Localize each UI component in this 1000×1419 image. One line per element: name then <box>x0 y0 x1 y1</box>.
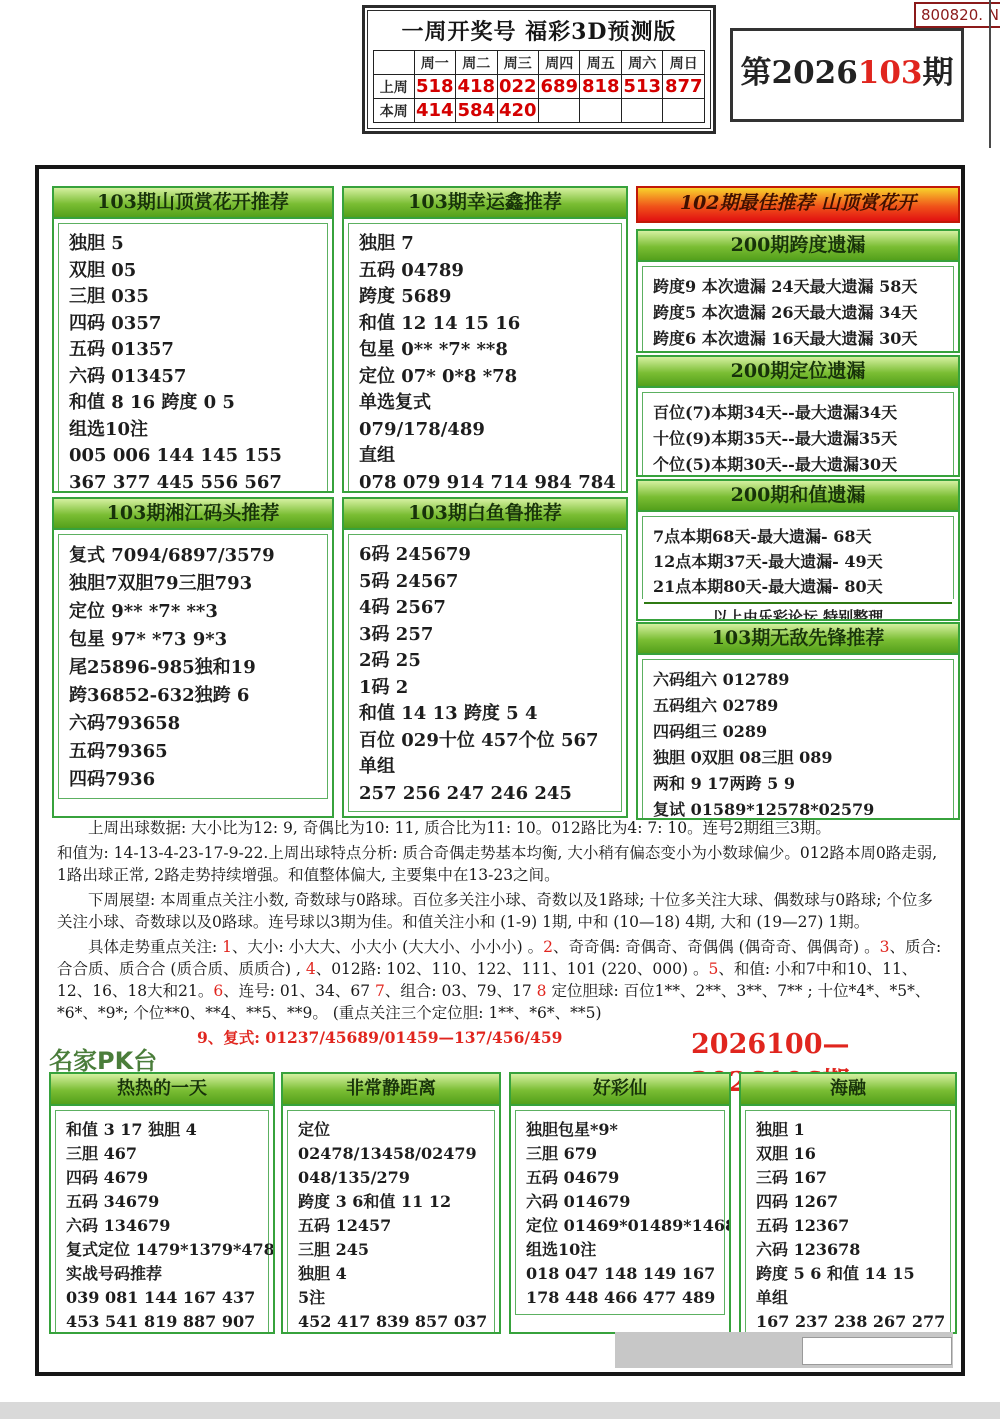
analysis-block: 上周出球数据: 大小比为12: 9, 奇偶比为10: 11, 质合比为11: 1… <box>57 817 945 1052</box>
day-header-row: 周一周二周三周四周五周六周日 <box>374 51 705 75</box>
draw-number-cell: 418 <box>456 75 497 99</box>
omit-box-hezhi-title: 200期和值遗漏 <box>638 481 958 512</box>
day-header-cell: 周一 <box>414 51 455 75</box>
rec-line: 六码 013457 <box>69 364 317 391</box>
this-week-label: 本周 <box>374 99 415 123</box>
analysis-segment: 、012路: 102、110、122、111、101 (220、000) 。 <box>316 960 709 978</box>
rec-line: 尾25896-985独和19 <box>69 654 317 682</box>
omit-line: 7点本期68天-最大遗漏- 68天 <box>653 524 943 549</box>
rec-box-baiyulu-title: 103期白鱼鲁推荐 <box>344 499 626 530</box>
rec-line: 跨36852-632独跨 6 <box>69 682 317 710</box>
rec-line: 定位 9** *7* **3 <box>69 598 317 626</box>
omit-box-dingwei: 200期定位遗漏 百位(7)本期34天--最大遗漏34天十位(9)本期35天--… <box>636 355 960 477</box>
day-header-cell: 周二 <box>456 51 497 75</box>
draw-number-cell: 513 <box>621 75 662 99</box>
pk-line: 048/135/279 <box>298 1166 484 1190</box>
pk-line: 三胆 467 <box>66 1142 258 1166</box>
rec-line: 六码组六 012789 <box>653 667 943 693</box>
rec-line: 6码 245679 <box>359 542 611 569</box>
day-header-cell: 周四 <box>539 51 580 75</box>
pk-box-4: 海融 独胆 1双胆 16三码 167四码 1267五码 12367六码 1236… <box>739 1072 957 1334</box>
rec-line: 两和 9 17两跨 5 9 <box>653 771 943 797</box>
rec-line: 双胆 05 <box>69 258 317 285</box>
rec-line: 跨度 5689 <box>359 284 611 311</box>
pk-line: 和值 3 17 独胆 4 <box>66 1118 258 1142</box>
omit-box-dingwei-title: 200期定位遗漏 <box>638 357 958 388</box>
pk-line: 178 448 466 477 489 <box>526 1286 714 1310</box>
omit-box-hezhi-body: 7点本期68天-最大遗漏- 68天12点本期37天-最大遗漏- 49天21点本期… <box>642 516 954 599</box>
analysis-segment: 、组合: 03、79、17 <box>385 982 537 1000</box>
rec-box-shanding-body: 独胆 5双胆 05三胆 035四码 0357五码 01357六码 013457和… <box>58 223 328 493</box>
day-header-cell: 周日 <box>663 51 705 75</box>
weekly-draw-table: 周一周二周三周四周五周六周日 上周 518418022689818513877 … <box>373 50 705 123</box>
draw-number-cell: 420 <box>497 99 538 123</box>
rec-line: 包星 0** *7* **8 <box>359 337 611 364</box>
draw-number-cell <box>663 99 705 123</box>
rec-line: 三胆 035 <box>69 284 317 311</box>
pk-line: 五码 12457 <box>298 1214 484 1238</box>
pk-line: 复式定位 1479*1379*4789 <box>66 1238 258 1262</box>
pk-line: 02478/13458/02479 <box>298 1142 484 1166</box>
pk-line: 五码 12367 <box>756 1214 940 1238</box>
omit-box-kuadu-body: 跨度9 本次遗漏 24天最大遗漏 58天跨度5 本次遗漏 26天最大遗漏 34天… <box>642 266 954 353</box>
analysis-segment: 、大小: 小大大、小大小 (大大小、小小小) 。 <box>232 938 543 956</box>
omit-line: 十位(9)本期35天--最大遗漏35天 <box>653 426 943 452</box>
pk-line: 五码 04679 <box>526 1166 714 1190</box>
rec-box-shanding: 103期山顶赏花开推荐 独胆 5双胆 05三胆 035四码 0357五码 013… <box>52 186 334 493</box>
rec-line: 独胆7双胆79三胆793 <box>69 570 317 598</box>
pk-line: 三码 167 <box>756 1166 940 1190</box>
rec-line: 和值 12 14 15 16 <box>359 311 611 338</box>
omit-line: 跨度5 本次遗漏 26天最大遗漏 34天 <box>653 300 943 326</box>
rec-line: 直组 <box>359 443 611 470</box>
omit-line: 个位(5)本期30天--最大遗漏30天 <box>653 452 943 477</box>
analysis-segment: 4 <box>306 960 316 978</box>
draw-number-cell: 877 <box>663 75 705 99</box>
rec-box-xiangjiang-title: 103期湘江码头推荐 <box>54 499 332 530</box>
pk-line: 实战号码推荐 <box>66 1262 258 1286</box>
rec-box-xingyunxin-title: 103期幸运鑫推荐 <box>344 188 626 219</box>
pk-line: 六码 134679 <box>66 1214 258 1238</box>
analysis-segment: 、奇奇偶: 奇偶奇、奇偶偶 (偶奇奇、偶偶奇) 。 <box>553 938 880 956</box>
analysis-p4: 具体走势重点关注: 1、大小: 小大大、小大小 (大大小、小小小) 。2、奇奇偶… <box>57 936 945 1024</box>
pk-line: 三胆 245 <box>298 1238 484 1262</box>
pk-box-4-title: 海融 <box>741 1074 955 1106</box>
rec-box-wudi-title: 103期无敌先锋推荐 <box>638 624 958 655</box>
omit-line: 百位(7)本期34天--最大遗漏34天 <box>653 400 943 426</box>
pk-line: 039 081 144 167 437 <box>66 1286 258 1310</box>
pk-line: 018 047 148 149 167 <box>526 1262 714 1286</box>
issue-prefix: 第2026 <box>741 55 858 91</box>
rec-line: 005 006 144 145 155 <box>69 443 317 470</box>
issue-suffix: 期 <box>923 55 954 91</box>
rec-line: 定位 07* 0*8 *78 <box>359 364 611 391</box>
pk-line: 5注 <box>298 1286 484 1310</box>
rec-line: 独胆 7 <box>359 231 611 258</box>
pk-box-1-title: 热热的一天 <box>51 1074 273 1106</box>
source-note: 以上由乐彩论坛 特别整理 <box>644 602 952 621</box>
rec-box-baiyulu-body: 6码 2456795码 245674码 25673码 2572码 251码 2和… <box>348 534 622 812</box>
pk-line: 四码 1267 <box>756 1190 940 1214</box>
rec-line: 四码7936 <box>69 766 317 794</box>
bottom-scan-strip <box>0 1402 1000 1419</box>
rec-line: 079/178/489 <box>359 417 611 444</box>
pk-line: 定位 01469*01489*14689 <box>526 1214 714 1238</box>
pk-line: 六码 014679 <box>526 1190 714 1214</box>
rec-line: 单组 <box>359 754 611 781</box>
pk-box-2: 非常静距离 定位02478/13458/02479048/135/279跨度 3… <box>281 1072 501 1334</box>
draw-number-cell: 518 <box>414 75 455 99</box>
rec-line: 包星 97* *73 9*3 <box>69 626 317 654</box>
draw-number-cell: 022 <box>497 75 538 99</box>
pk-line: 定位 <box>298 1118 484 1142</box>
weekly-draw-panel-inner: 一周开奖号 福彩3D预测版 周一周二周三周四周五周六周日 上周 51841802… <box>367 10 711 129</box>
pk-line: 组选10注 <box>526 1238 714 1262</box>
rec-line: 和值 14 13 跨度 5 4 <box>359 701 611 728</box>
issue-panel: 第2026103期 <box>730 28 964 122</box>
this-week-row: 本周 414584420 <box>374 99 705 123</box>
pk-box-2-body: 定位02478/13458/02479048/135/279跨度 3 6和值 1… <box>287 1110 495 1334</box>
analysis-segment: 5 <box>708 960 718 978</box>
rec-box-xiangjiang: 103期湘江码头推荐 复式 7094/6897/3579独胆7双胆79三胆793… <box>52 497 334 818</box>
analysis-segment: 6 <box>213 982 223 1000</box>
analysis-segment: 8 <box>537 982 547 1000</box>
issue-number: 第2026103期 <box>733 47 961 92</box>
rec-line: 4码 2567 <box>359 595 611 622</box>
last-week-row: 上周 518418022689818513877 <box>374 75 705 99</box>
rec-box-wudi: 103期无敌先锋推荐 六码组六 012789五码组六 02789四码组三 028… <box>636 622 960 820</box>
pk-section-label: 名家PK台 <box>49 1041 157 1076</box>
rec-line: 1码 2 <box>359 675 611 702</box>
pk-line: 双胆 16 <box>756 1142 940 1166</box>
draw-number-cell: 584 <box>456 99 497 123</box>
last-week-label: 上周 <box>374 75 415 99</box>
corner-cell <box>374 51 415 75</box>
day-header-cell: 周三 <box>497 51 538 75</box>
panel-title: 一周开奖号 福彩3D预测版 <box>373 15 705 46</box>
analysis-p2: 和值为: 14-13-4-23-17-9-22.上周出球特点分析: 质合奇偶走势… <box>57 842 945 886</box>
rec-box-xingyunxin-body: 独胆 7五码 04789跨度 5689和值 12 14 15 16包星 0** … <box>348 223 622 493</box>
pk-line: 167 237 238 267 277 <box>756 1310 940 1334</box>
pk-box-3: 好彩仙 独胆包星*9*三胆 679五码 04679六码 014679定位 014… <box>509 1072 731 1334</box>
analysis-segment: 7 <box>375 982 385 1000</box>
omit-line: 21点本期80天-最大遗漏- 80天 <box>653 574 943 599</box>
rec-box-xingyunxin: 103期幸运鑫推荐 独胆 7五码 04789跨度 5689和值 12 14 15… <box>342 186 628 493</box>
draw-number-cell <box>621 99 662 123</box>
pk-line: 453 541 819 887 907 <box>66 1310 258 1334</box>
analysis-segment: 3 <box>880 938 890 956</box>
main-frame: 103期山顶赏花开推荐 独胆 5双胆 05三胆 035四码 0357五码 013… <box>35 165 965 1376</box>
analysis-p3: 下周展望: 本周重点关注小数, 奇数球与0路球。百位多关注小球、奇数以及1路球;… <box>57 889 945 933</box>
rec-line: 3码 257 <box>359 622 611 649</box>
rec-box-xiangjiang-body: 复式 7094/6897/3579独胆7双胆79三胆793定位 9** *7* … <box>58 534 328 799</box>
rec-line: 百位 029十位 457个位 567 <box>359 728 611 755</box>
omit-box-dingwei-body: 百位(7)本期34天--最大遗漏34天十位(9)本期35天--最大遗漏35天个位… <box>642 392 954 477</box>
pk-box-2-title: 非常静距离 <box>283 1074 499 1106</box>
rec-box-wudi-body: 六码组六 012789五码组六 02789四码组三 0289独胆 0双胆 08三… <box>642 659 954 820</box>
pk-box-3-body: 独胆包星*9*三胆 679五码 04679六码 014679定位 01469*0… <box>515 1110 725 1315</box>
analysis-segment: 1 <box>222 938 232 956</box>
pk-line: 独胆 4 <box>298 1262 484 1286</box>
rec-box-shanding-title: 103期山顶赏花开推荐 <box>54 188 332 219</box>
day-header-cell: 周六 <box>621 51 662 75</box>
rec-line: 5码 24567 <box>359 569 611 596</box>
rec-line: 078 079 914 714 984 784 <box>359 470 611 494</box>
rec-line: 独胆 5 <box>69 231 317 258</box>
omit-line: 12点本期37天-最大遗漏- 49天 <box>653 549 943 574</box>
weekly-draw-panel: 一周开奖号 福彩3D预测版 周一周二周三周四周五周六周日 上周 51841802… <box>362 5 716 134</box>
rec-line: 组选10注 <box>69 417 317 444</box>
rec-line: 复式 7094/6897/3579 <box>69 542 317 570</box>
pk-line: 独胆包星*9* <box>526 1118 714 1142</box>
rec-line: 单选复式 <box>359 390 611 417</box>
page-edge-line <box>989 0 991 148</box>
pk-line: 452 417 839 857 037 <box>298 1310 484 1334</box>
pk-box-3-title: 好彩仙 <box>511 1074 729 1106</box>
pk-box-1: 热热的一天 和值 3 17 独胆 4三胆 467四码 4679五码 34679六… <box>49 1072 275 1334</box>
pk-line: 六码 123678 <box>756 1238 940 1262</box>
pk-box-4-body: 独胆 1双胆 16三码 167四码 1267五码 12367六码 123678跨… <box>745 1110 951 1334</box>
omit-box-kuadu-title: 200期跨度遗漏 <box>638 231 958 262</box>
draw-number-cell <box>580 99 621 123</box>
draw-number-cell: 414 <box>414 99 455 123</box>
pk-line: 四码 4679 <box>66 1166 258 1190</box>
analysis-segment: 2 <box>543 938 553 956</box>
pk-line: 三胆 679 <box>526 1142 714 1166</box>
draw-number-cell: 818 <box>580 75 621 99</box>
rec-line: 四码 0357 <box>69 311 317 338</box>
scan-white-box <box>802 1337 952 1365</box>
pk-line: 五码 34679 <box>66 1190 258 1214</box>
draw-number-cell <box>539 99 580 123</box>
rec-line: 五码 01357 <box>69 337 317 364</box>
rec-line: 五码 04789 <box>359 258 611 285</box>
day-header-cell: 周五 <box>580 51 621 75</box>
rec-line: 六码793658 <box>69 710 317 738</box>
omit-box-kuadu: 200期跨度遗漏 跨度9 本次遗漏 24天最大遗漏 58天跨度5 本次遗漏 26… <box>636 229 960 353</box>
rec-line: 257 256 247 246 245 <box>359 781 611 808</box>
omit-box-hezhi: 200期和值遗漏 7点本期68天-最大遗漏- 68天12点本期37天-最大遗漏-… <box>636 479 960 621</box>
issue-highlight: 103 <box>858 55 923 91</box>
analysis-segment: 、连号: 01、34、67 <box>223 982 375 1000</box>
draw-number-cell: 689 <box>539 75 580 99</box>
pk-line: 单组 <box>756 1286 940 1310</box>
analysis-segment: 具体走势重点关注: <box>88 938 222 956</box>
rec-box-baiyulu: 103期白鱼鲁推荐 6码 2456795码 245674码 25673码 257… <box>342 497 628 818</box>
pk-box-1-body: 和值 3 17 独胆 4三胆 467四码 4679五码 34679六码 1346… <box>55 1110 269 1334</box>
pk-line: 跨度 3 6和值 11 12 <box>298 1190 484 1214</box>
rec-line: 四码组三 0289 <box>653 719 943 745</box>
omit-line: 跨度9 本次遗漏 24天最大遗漏 58天 <box>653 274 943 300</box>
rec-line: 367 377 445 556 567 <box>69 470 317 494</box>
site-watermark: 800820. NET <box>914 2 1000 28</box>
best-rec-banner: 102期最佳推荐 山顶赏花开 <box>636 186 960 223</box>
analysis-p1: 上周出球数据: 大小比为12: 9, 奇偶比为10: 11, 质合比为11: 1… <box>57 817 945 839</box>
rec-line: 2码 25 <box>359 648 611 675</box>
rec-line: 五码79365 <box>69 738 317 766</box>
pk-line: 跨度 5 6 和值 14 15 <box>756 1262 940 1286</box>
rec-line: 五码组六 02789 <box>653 693 943 719</box>
rec-line: 独胆 0双胆 08三胆 089 <box>653 745 943 771</box>
rec-line: 和值 8 16 跨度 0 5 <box>69 390 317 417</box>
pk-line: 独胆 1 <box>756 1118 940 1142</box>
omit-line: 跨度6 本次遗漏 16天最大遗漏 30天 <box>653 326 943 352</box>
